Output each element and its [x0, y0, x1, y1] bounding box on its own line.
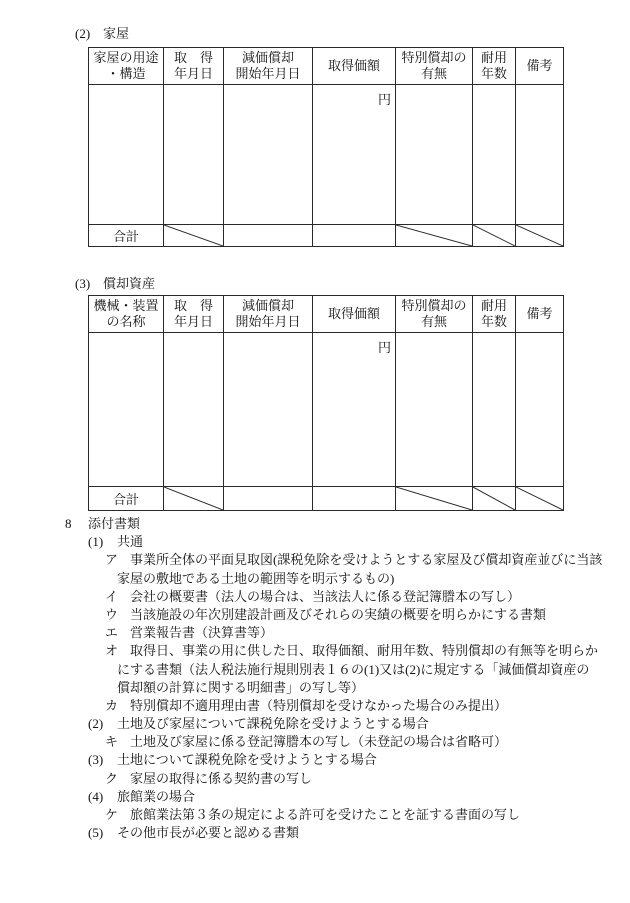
cell-useful-life [473, 333, 516, 487]
diagonal-slash-icon [164, 225, 223, 246]
cell-remarks [516, 333, 564, 487]
cell-depreciation-start [224, 85, 313, 225]
building-table: 家屋の用途 ・構造 取 得 年月日 減価償却 開始年月日 取得価額 特別償却の … [88, 47, 564, 247]
cell-special-depreciation [396, 85, 473, 225]
attachment-item: カ 特別償却不適用理由書（特別償却を受けなかった場合のみ提出） [0, 697, 630, 715]
total-acquisition-date-na [164, 487, 224, 511]
diagonal-slash-icon [516, 225, 563, 246]
asset-table: 機械・装置 の名称 取 得 年月日 減価償却 開始年月日 取得価額 特別償却の … [88, 295, 564, 511]
list-text: 旅館業法第３条の規定による許可を受けたことを証する書面の写し [130, 806, 520, 824]
list-marker: エ [105, 624, 118, 642]
list-text: 償却額の計算に関する明細書」の写し等） [117, 679, 364, 697]
list-text: 当該施設の年次別建設計画及びそれらの実績の概要を明らかにする書類 [130, 606, 546, 624]
list-marker: カ [105, 697, 118, 715]
list-text: 土地及び家屋に係る登記簿謄本の写し（未登記の場合は省略可） [130, 733, 507, 751]
total-acquisition-date-na [164, 225, 224, 247]
list-text: 土地及び家屋について課税免除を受けようとする場合 [117, 715, 429, 733]
header-building-use: 家屋の用途 ・構造 [89, 48, 164, 85]
attachment-item-continuation: にする書類（法人税法施行規則別表１６の(1)又は(2)に規定する「減価償却資産の [0, 661, 630, 679]
header-special-depreciation: 特別償却の 有無 [396, 48, 473, 85]
yen-unit-label: 円 [378, 340, 391, 355]
attachment-item: エ 営業報告書（決算書等） [0, 624, 630, 642]
attachment-group: (4) 旅館業の場合 [0, 788, 630, 806]
list-text: 事業所全体の平面見取図(課税免除を受けようとする家屋及び償却資産並びに当該 [130, 551, 602, 569]
list-text: 会社の概要書（法人の場合は、当該法人に係る登記簿謄本の写し） [130, 588, 520, 606]
total-depreciation-start [224, 487, 313, 511]
section-title-asset: (3) 償却資産 [0, 275, 630, 293]
attachment-item-continuation: 償却額の計算に関する明細書」の写し等） [0, 679, 630, 697]
list-text: にする書類（法人税法施行規則別表１６の(1)又は(2)に規定する「減価償却資産の [117, 661, 589, 679]
list-text: 取得日、事業の用に供した日、取得価額、耐用年数、特別償却の有無等を明らか [130, 642, 598, 660]
total-special-depreciation-na [396, 487, 473, 511]
section-number: (3) [75, 275, 90, 293]
asset-table-header-row: 機械・装置 の名称 取 得 年月日 減価償却 開始年月日 取得価額 特別償却の … [89, 296, 564, 333]
attachment-item: キ 土地及び家屋に係る登記簿謄本の写し（未登記の場合は省略可） [0, 733, 630, 751]
list-marker: オ [105, 642, 118, 660]
section-number: (2) [75, 25, 90, 43]
total-useful-life-na [473, 487, 516, 511]
header-acquisition-date: 取 得 年月日 [164, 48, 224, 85]
cell-acquisition-date [164, 85, 224, 225]
attachment-item: ケ 旅館業法第３条の規定による許可を受けたことを証する書面の写し [0, 806, 630, 824]
header-depreciation-start: 減価償却 開始年月日 [224, 48, 313, 85]
list-marker: ケ [105, 806, 118, 824]
diagonal-slash-icon [396, 487, 472, 510]
header-useful-life: 耐用 年数 [473, 296, 516, 333]
list-marker: ア [105, 551, 118, 569]
header-acquisition-date: 取 得 年月日 [164, 296, 224, 333]
asset-table-total-row: 合計 [89, 487, 564, 511]
building-table-total-row: 合計 [89, 225, 564, 247]
attachment-item: オ 取得日、事業の用に供した日、取得価額、耐用年数、特別償却の有無等を明らか [0, 642, 630, 660]
total-depreciation-start [224, 225, 313, 247]
total-useful-life-na [473, 225, 516, 247]
attachment-group: (3) 土地について課税免除を受けようとする場合 [0, 751, 630, 769]
cell-acquisition-price: 円 [313, 85, 396, 225]
attachments-section: 8 添付書類 (1) 共通 ア 事業所全体の平面見取図(課税免除を受けようとする… [0, 515, 630, 842]
header-depreciation-start: 減価償却 開始年月日 [224, 296, 313, 333]
section-title-building: (2) 家屋 [0, 25, 630, 43]
document-page: (2) 家屋 家屋の用途 ・構造 取 得 年月日 減価償却 開始年月日 取得価額… [0, 0, 630, 903]
list-marker: ウ [105, 606, 118, 624]
header-remarks: 備考 [516, 296, 564, 333]
list-marker: (4) [88, 788, 103, 806]
list-text: 土地について課税免除を受けようとする場合 [117, 751, 377, 769]
heading-title: 添付書類 [88, 515, 140, 533]
cell-remarks [516, 85, 564, 225]
list-marker: イ [105, 588, 118, 606]
list-marker: (1) [88, 533, 103, 551]
list-text: 家屋の取得に係る契約書の写し [130, 770, 312, 788]
asset-table-entry-row: 円 [89, 333, 564, 487]
total-remarks-na [516, 487, 564, 511]
cell-useful-life [473, 85, 516, 225]
diagonal-slash-icon [473, 487, 515, 510]
total-label: 合計 [89, 225, 164, 247]
attachment-item-continuation: 家屋の敷地である土地の範囲等を明示するもの) [0, 570, 630, 588]
header-acquisition-price: 取得価額 [313, 296, 396, 333]
header-remarks: 備考 [516, 48, 564, 85]
list-marker: (5) [88, 824, 103, 842]
list-text: 営業報告書（決算書等） [130, 624, 273, 642]
diagonal-slash-icon [164, 487, 223, 510]
list-text: 旅館業の場合 [117, 788, 195, 806]
header-machine-name: 機械・装置 の名称 [89, 296, 164, 333]
total-remarks-na [516, 225, 564, 247]
header-special-depreciation: 特別償却の 有無 [396, 296, 473, 333]
attachment-item: ア 事業所全体の平面見取図(課税免除を受けようとする家屋及び償却資産並びに当該 [0, 551, 630, 569]
attachment-item: ク 家屋の取得に係る契約書の写し [0, 770, 630, 788]
list-marker: ク [105, 770, 118, 788]
building-table-entry-row: 円 [89, 85, 564, 225]
list-text: 家屋の敷地である土地の範囲等を明示するもの) [117, 570, 394, 588]
total-label: 合計 [89, 487, 164, 511]
cell-special-depreciation [396, 333, 473, 487]
cell-acquisition-price: 円 [313, 333, 396, 487]
section-label: 償却資産 [103, 275, 155, 293]
diagonal-slash-icon [396, 225, 472, 246]
section-label: 家屋 [103, 25, 129, 43]
attachments-heading: 8 添付書類 [0, 515, 630, 533]
attachment-group: (2) 土地及び家屋について課税免除を受けようとする場合 [0, 715, 630, 733]
attachment-item: ウ 当該施設の年次別建設計画及びそれらの実績の概要を明らかにする書類 [0, 606, 630, 624]
list-text: その他市長が必要と認める書類 [117, 824, 299, 842]
header-acquisition-price: 取得価額 [313, 48, 396, 85]
list-text: 特別償却不適用理由書（特別償却を受けなかった場合のみ提出） [130, 697, 507, 715]
diagonal-slash-icon [516, 487, 563, 510]
total-special-depreciation-na [396, 225, 473, 247]
cell-acquisition-date [164, 333, 224, 487]
attachment-item: イ 会社の概要書（法人の場合は、当該法人に係る登記簿謄本の写し） [0, 588, 630, 606]
cell-building-use [89, 85, 164, 225]
header-useful-life: 耐用 年数 [473, 48, 516, 85]
list-marker: (3) [88, 751, 103, 769]
total-acquisition-price [313, 225, 396, 247]
list-marker: キ [105, 733, 118, 751]
cell-depreciation-start [224, 333, 313, 487]
heading-number: 8 [65, 515, 72, 533]
total-acquisition-price [313, 487, 396, 511]
list-text: 共通 [117, 533, 143, 551]
diagonal-slash-icon [473, 225, 515, 246]
yen-unit-label: 円 [378, 92, 391, 107]
cell-machine-name [89, 333, 164, 487]
building-table-header-row: 家屋の用途 ・構造 取 得 年月日 減価償却 開始年月日 取得価額 特別償却の … [89, 48, 564, 85]
list-marker: (2) [88, 715, 103, 733]
attachment-group: (1) 共通 [0, 533, 630, 551]
attachment-group: (5) その他市長が必要と認める書類 [0, 824, 630, 842]
